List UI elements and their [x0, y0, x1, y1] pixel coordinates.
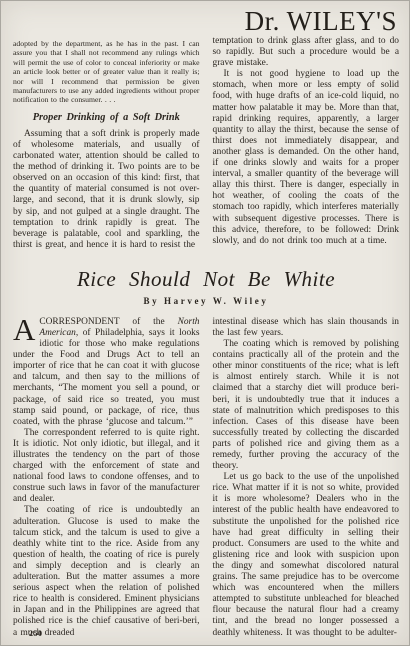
hygiene-paragraph: It is not good hygiene to load up the st… [213, 69, 400, 247]
top-section: adopted by the department, as he has in … [13, 36, 399, 251]
article-title: Rice Should Not Be White [13, 267, 399, 292]
soft-drink-continued-paragraph: temptation to drink glass after glass, a… [213, 36, 400, 69]
article-paragraph-6: Let us go back to the use of the unpolis… [213, 472, 400, 638]
paragraph-1-lead: CORRESPONDENT of the [39, 317, 177, 327]
article-paragraph-2: The correspondent referred to is quite r… [13, 428, 200, 506]
article-byline: By Harvey W. Wiley [13, 296, 399, 306]
top-left-column: adopted by the department, as he has in … [13, 36, 200, 251]
page-number: 250 [29, 629, 43, 638]
article-left-column: ACORRESPONDENT of the North American, of… [13, 317, 200, 639]
article-paragraph-5: The coating which is removed by polishin… [213, 339, 400, 472]
top-right-column: temptation to drink glass after glass, a… [213, 36, 400, 251]
page-header-masthead: Dr. WILEY'S [13, 6, 399, 36]
article-paragraph-4: intestinal disease which has slain thous… [213, 317, 400, 339]
article-right-column: intestinal disease which has slain thous… [213, 317, 400, 639]
previous-article-excerpt: adopted by the department, as he has in … [13, 39, 200, 105]
article-body: ACORRESPONDENT of the North American, of… [13, 317, 399, 639]
drop-cap: A [13, 317, 39, 342]
section-subheading: Proper Drinking of a Soft Drink [13, 112, 200, 123]
soft-drink-paragraph: Assuming that a soft drink is properly m… [13, 129, 200, 251]
article-paragraph-3: The coating of rice is undoubtedly an ad… [13, 505, 200, 638]
paragraph-1-rest: , of Philadelphia, says it looks idiotic… [13, 328, 200, 427]
magazine-page: Dr. WILEY'S adopted by the department, a… [0, 0, 410, 646]
article-paragraph-1: ACORRESPONDENT of the North American, of… [13, 317, 200, 428]
